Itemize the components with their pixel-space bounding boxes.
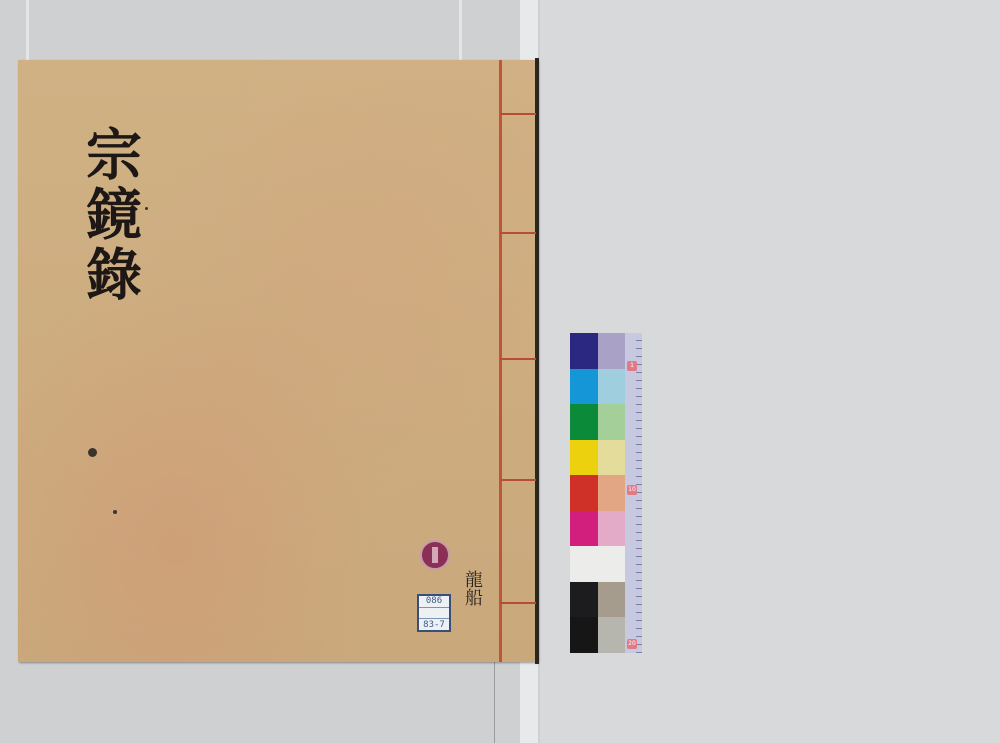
swatch-light-gray xyxy=(598,617,626,653)
ruler-mark: 10 xyxy=(627,485,637,495)
swatch-light-cyan xyxy=(598,369,626,405)
swatch-red xyxy=(570,475,598,511)
binding-stitch xyxy=(500,358,536,360)
library-seal xyxy=(420,540,450,570)
inscription: 龍船 xyxy=(462,570,482,606)
swatch-green xyxy=(570,404,598,440)
binding-stitch xyxy=(500,479,536,481)
color-checker xyxy=(570,333,626,653)
seal-glyph xyxy=(432,547,438,563)
label-middle xyxy=(419,607,449,620)
binding-stitch xyxy=(500,232,536,234)
book-edge xyxy=(535,58,539,664)
stain-spot xyxy=(113,510,117,514)
mount-crease xyxy=(494,662,495,743)
stain-spot xyxy=(145,207,148,210)
book-title: 宗鏡錄 xyxy=(62,125,142,305)
mount-board-edge-right xyxy=(459,0,462,60)
swatch-magenta xyxy=(570,511,598,547)
binding-thread xyxy=(499,60,502,662)
swatch-salmon xyxy=(598,475,626,511)
call-number-label: 086 83-7 xyxy=(417,594,451,632)
label-top: 086 xyxy=(419,596,449,607)
swatch-light-green xyxy=(598,404,626,440)
ruler-mark: 1 xyxy=(627,361,637,371)
swatch-blue-violet xyxy=(570,333,598,369)
swatch-lavender xyxy=(598,333,626,369)
mount-board-edge-left xyxy=(26,0,29,60)
label-bottom: 83-7 xyxy=(419,619,449,630)
swatch-yellow xyxy=(570,440,598,476)
swatch-warm-gray xyxy=(598,582,626,618)
swatch-light-yellow xyxy=(598,440,626,476)
ruler-mark: 20 xyxy=(627,639,637,649)
scale-ruler: 1 10 20 xyxy=(625,333,642,653)
binding-stitch xyxy=(500,113,536,115)
swatch-black-2 xyxy=(570,617,598,653)
swatch-light-pink xyxy=(598,511,626,547)
binding-stitch xyxy=(500,602,536,604)
swatch-black-1 xyxy=(570,582,598,618)
swatch-white xyxy=(570,546,626,582)
stain-spot xyxy=(88,448,97,457)
swatch-cyan xyxy=(570,369,598,405)
